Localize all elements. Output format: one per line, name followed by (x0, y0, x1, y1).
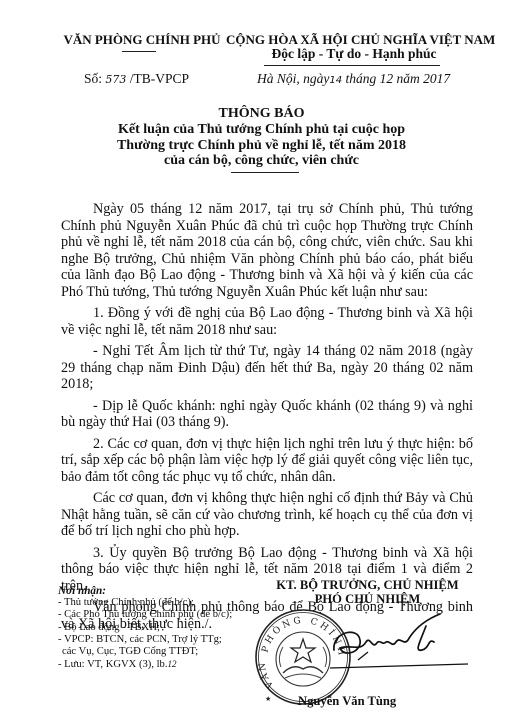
recipients-heading: Nơi nhận: (58, 585, 232, 597)
archive-note: - Lưu: VT, KGVX (3), lb. (58, 659, 168, 670)
document-body: Ngày 05 tháng 12 năm 2017, tại trụ sở Ch… (61, 201, 473, 632)
national-motto: Độc lập - Tự do - Hạnh phúc (226, 46, 482, 62)
organization-underline (122, 51, 156, 52)
document-number: Số: 573 /TB-VPCP (84, 71, 189, 87)
recipient-item: - Bộ Lao động - TBXH; (58, 622, 232, 634)
date-day-handwritten: 14 (329, 75, 342, 86)
signature-authority: KT. BỘ TRƯỞNG, CHỦ NHIỆM PHÓ CHỦ NHIỆM (265, 578, 470, 606)
document-number-handwritten: 573 (105, 73, 126, 86)
handwritten-signature-icon (330, 612, 475, 682)
body-paragraph: Ngày 05 tháng 12 năm 2017, tại trụ sở Ch… (61, 201, 473, 300)
recipient-item: - Các Phó Thủ tướng Chính phủ (để b/c); (58, 609, 232, 621)
title-line: của cán bộ, công chức, viên chức (80, 153, 443, 169)
body-paragraph: 2. Các cơ quan, đơn vị thực hiện lịch ng… (61, 436, 473, 486)
place-date-suffix: tháng 12 năm 2017 (342, 71, 450, 86)
body-paragraph: 1. Đồng ý với đề nghị của Bộ Lao động - … (61, 305, 473, 338)
body-paragraph: - Nghỉ Tết Âm lịch từ thứ Tư, ngày 14 th… (61, 343, 473, 393)
issuing-organization: VĂN PHÒNG CHÍNH PHỦ (62, 32, 222, 48)
svg-text:★: ★ (265, 695, 271, 703)
signature-authority-line1: KT. BỘ TRƯỞNG, CHỦ NHIỆM (265, 578, 470, 592)
body-paragraph: - Dịp lễ Quốc khánh: nghỉ ngày Quốc khán… (61, 398, 473, 431)
signature-authority-line2: PHÓ CHỦ NHIỆM (265, 592, 470, 606)
document-number-code: /TB-VPCP (126, 71, 189, 86)
recipient-item: các Vụ, Cục, TGĐ Cổng TTĐT; (58, 646, 232, 658)
title-line: Thường trực Chính phủ về nghỉ lễ, tết nă… (80, 138, 443, 154)
signer-name: Nguyễn Văn Tùng (298, 694, 396, 709)
motto-underline (264, 65, 440, 66)
body-paragraph: Các cơ quan, đơn vị không thực hiện nghỉ… (61, 490, 473, 540)
place-and-date: Hà Nội, ngày14 tháng 12 năm 2017 (257, 71, 450, 87)
title-underline (231, 172, 299, 173)
document-number-label: Số: (84, 71, 105, 86)
svg-text:VĂN: VĂN (257, 660, 276, 690)
place-date-prefix: Hà Nội, ngày (257, 71, 329, 86)
recipient-item: - VPCP: BTCN, các PCN, Trợ lý TTg; (58, 634, 232, 646)
recipients-list: Nơi nhận: - Thủ tướng Chính phủ (để b/c)… (58, 585, 232, 671)
document-title-block: THÔNG BÁO Kết luận của Thủ tướng Chính p… (80, 105, 443, 169)
handwritten-initials: 12 (168, 659, 177, 669)
document-type-title: THÔNG BÁO (80, 105, 443, 122)
recipient-item: - Thủ tướng Chính phủ (để b/c); (58, 597, 232, 609)
recipient-item: - Lưu: VT, KGVX (3), lb.12 (58, 658, 232, 671)
title-line: Kết luận của Thủ tướng Chính phủ tại cuộ… (80, 122, 443, 138)
